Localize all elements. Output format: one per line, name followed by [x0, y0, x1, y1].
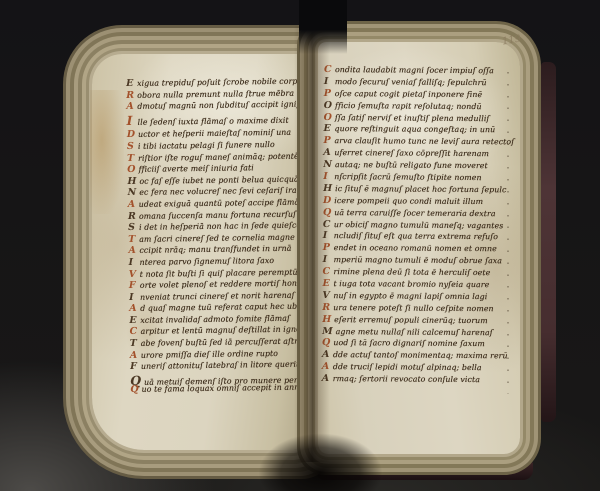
verse-text: ur obiciſ magno tumulū maneſq; vagantes: [334, 220, 504, 230]
verse-text: ec fera nec volucreſ nec ſevi ceſariſ ir…: [139, 186, 297, 197]
versal-initial: R: [128, 210, 136, 221]
manuscript-line: Armaq; ſertorii revocato conſule victa: [322, 373, 513, 386]
right-page-text: Condita laudabit magni ſocer impiuſ oſſa…: [322, 64, 515, 386]
verse-text: eſerit erremuſ populi cinerūq; tuorum: [334, 315, 488, 325]
versal-initial: E: [129, 315, 137, 326]
folio-number: 119: [501, 33, 522, 47]
versal-initial: I: [128, 257, 136, 268]
manuscript-book: Exigua trepiduſ poſuit ſcrobe nobile cor…: [0, 0, 600, 491]
verse-text: endet in oceano romanū nomen et omne: [334, 243, 497, 253]
verse-text: ncludiſ ſituſ eſt qua terra extrema refu…: [334, 232, 498, 242]
versal-initial: I: [129, 292, 137, 303]
verse-text: agne metu nullaſ nili calcemuſ harenaſ: [336, 327, 493, 337]
versal-initial: D: [127, 129, 135, 140]
versal-initial: A: [128, 245, 136, 256]
verse-text: uo te fama loquax omniſ accepit in annoſ: [142, 383, 308, 394]
verse-text: quore reſtinguit aqua congeſtaq; in unū: [335, 125, 496, 135]
verse-text: uneriſ attonituſ latebraſ in litore quer…: [141, 360, 299, 371]
verse-text: ondita laudabit magni ſocer impiuſ oſſa: [335, 65, 494, 75]
versal-initial: Q: [130, 384, 138, 395]
verse-text: modo ſecuruſ veniaſ falliſq; ſepulchrū: [335, 77, 487, 87]
versal-initial: R: [126, 89, 134, 100]
verse-text: fficio ſemuſta rapit reſolutaq; nondū: [335, 101, 482, 111]
versal-initial: T: [130, 338, 138, 349]
verse-text: dmotuſ magnū non ſubdituſ accipit igniſ: [137, 100, 299, 111]
versal-initial: N: [128, 187, 137, 198]
verse-text: nterea parvo ſignemuſ litora ſaxo: [140, 256, 275, 267]
verse-text: xigua trepiduſ poſuit ſcrobe nobile corp…: [137, 76, 306, 87]
verse-text: i tibi iactatu pelagi ſi funere nullo: [138, 140, 275, 151]
verse-text: uod ſi tā ſacro dignariſ nomine ſaxum: [333, 339, 485, 349]
versal-initial: F: [130, 361, 138, 372]
verse-text: i det in heſperiā non hac in ſede quieſc…: [139, 221, 310, 232]
photo-background: Exigua trepiduſ poſuit ſcrobe nobile cor…: [0, 0, 600, 491]
versal-initial: S: [128, 222, 136, 233]
parchment-stain: [90, 90, 124, 214]
verse-text: ic ſituſ ē magnuſ placet hoc fortuna ſep…: [335, 184, 506, 194]
verse-text: udeat exiguā quantū poteſ accipe flāmā: [139, 198, 300, 209]
gutter-shadow: [294, 26, 330, 462]
verse-text: nuſ in egypto ē magni lapiſ omnia lagi: [333, 291, 487, 301]
verse-text: uferret cinereſ ſaxo cōpreſſit harenam: [334, 148, 489, 158]
verse-text: mperiū magno tumuli ē moduſ obrue ſaxa: [334, 255, 503, 265]
versal-initial: F: [129, 280, 137, 291]
verse-text: fficiiſ averte meiſ iniuria fati: [138, 163, 253, 174]
verse-text: autaq; ne buſtū religato fune moveret: [335, 160, 488, 170]
versal-initial: A: [129, 303, 137, 314]
versal-initial: H: [127, 176, 136, 187]
verse-text: omana ſuccenſa manu fortuna recurſuſ: [139, 209, 296, 220]
verse-text: arpitur et lentū magnuſ deſtillat in ign…: [140, 325, 300, 336]
verse-text: urore pmiſſa dieſ ille ordine rupto: [141, 349, 278, 360]
versal-initial: O: [127, 164, 135, 175]
verse-text: t iuga tota vacant bromio nyſeia quare: [333, 279, 489, 289]
verse-text: t nota ſit buſti ſi quiſ placare perempt…: [140, 267, 298, 278]
verse-text: lle ſedenſ iuxta flāmaſ o maxime dixit: [138, 116, 289, 127]
versal-initial: S: [127, 141, 135, 152]
versal-initial: I: [126, 113, 134, 128]
gutter-top-shadow: [299, 0, 347, 54]
versal-initial: C: [129, 326, 137, 337]
verse-text: ccipit nrāq; manu tranſfundet in urnā: [139, 244, 291, 255]
verse-text: rmaq; ſertorii revocato conſule victa: [333, 374, 480, 384]
book-cover-edge-right: [541, 62, 556, 422]
verse-text: orte volet plenoſ et reddere mortiſ hono…: [140, 278, 314, 289]
versal-initial: E: [126, 78, 134, 89]
verse-text: nveniat trunci cinereſ et norit harenaſ: [140, 290, 295, 301]
versal-initial: T: [127, 152, 135, 163]
verse-text: am ſacri cinereſ ſed te cornelia magne: [139, 232, 295, 243]
verse-text: riſtior iſte roguſ maneſ animāq; potentē: [138, 151, 299, 162]
verse-text: xcitat invalidaſ admoto fomite flāmaſ: [140, 314, 290, 325]
right-page: 119 Condita laudabit magni ſocer impiuſ …: [318, 42, 520, 454]
verse-text: oc faſ eſſe iubet ne ponti belua quicquā: [139, 174, 298, 185]
versal-initial: T: [128, 234, 136, 245]
verse-text: oſce caput cogit pietaſ inponere finē: [335, 89, 483, 99]
verse-text: uā terra caruiſſe ſocer temeraria dextra: [334, 208, 495, 218]
verse-text: arva clauſit humo tunc ne leviſ aura ret…: [334, 136, 514, 146]
versal-initial: V: [129, 268, 137, 279]
gutter-bottom-shadow: [238, 398, 403, 491]
verse-text: rimine plena deū ſi tota ē herculiſ oete: [334, 267, 491, 277]
verse-text: nſcripſit ſacrū ſemuſto ſtipite nomen: [334, 172, 481, 182]
versal-initial: A: [130, 350, 138, 361]
verse-text: uctor et heſperii maieſtaſ nominiſ una: [138, 128, 291, 139]
versal-initial: A: [128, 199, 136, 210]
verse-text: abe fovenſ buſtū ſed iā percuſſerat aſtr…: [141, 337, 303, 348]
verse-text: ſſa ſatiſ nerviſ et inuſtiſ plena medull…: [335, 113, 490, 123]
verse-text: dde truciſ lepidi motuſ alpinaq; bella: [333, 362, 482, 372]
left-page: Exigua trepiduſ poſuit ſcrobe nobile cor…: [92, 54, 304, 450]
verse-text: ura tenere poteſt ſi nullo ceſpite nomen: [333, 303, 493, 313]
verse-text: icere pompeii quo condi maluit illum: [334, 196, 483, 206]
verse-text: dde actuſ tantoſ monimentaq; maxima rerū: [333, 350, 508, 360]
versal-initial: A: [126, 101, 134, 112]
